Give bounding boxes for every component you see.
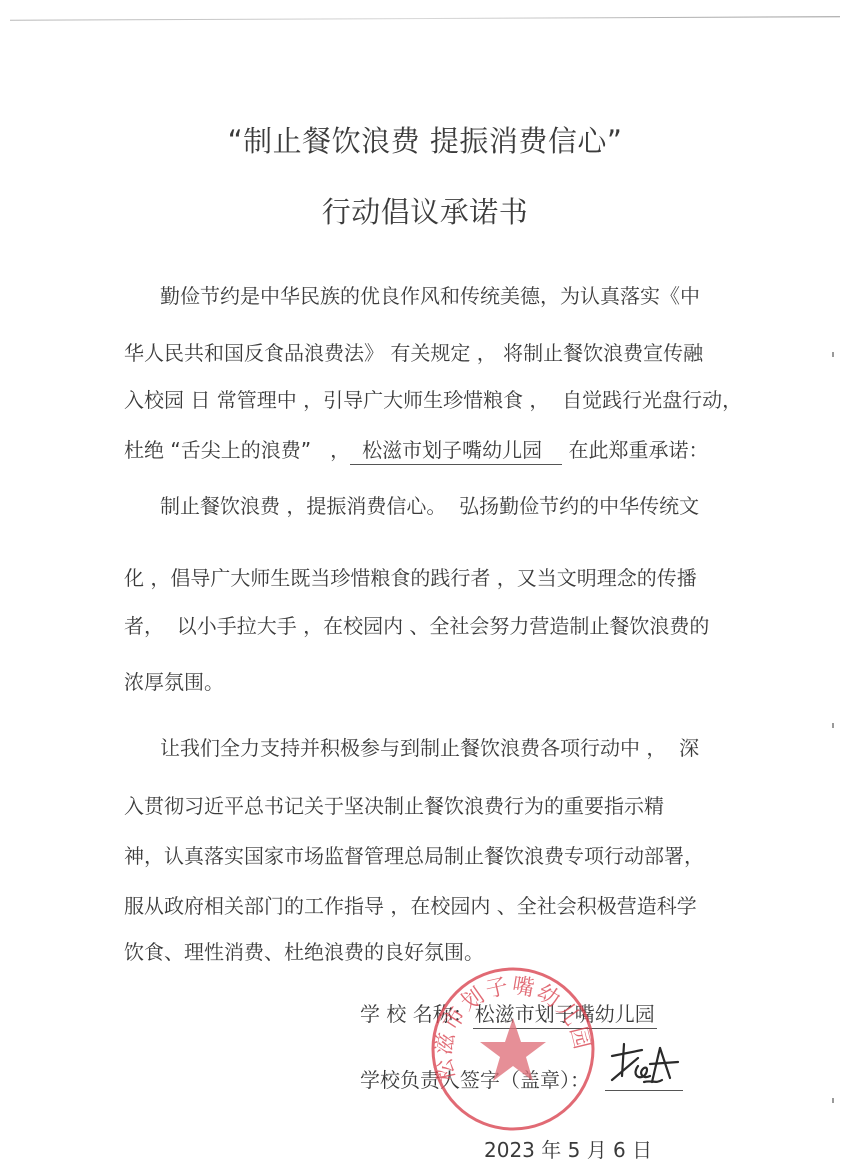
paragraph-3-line-4: 服从政府相关部门的工作指导 ，在校园内 、全社会积极营造科学	[124, 894, 697, 918]
paragraph-2-line-3: 者， 以小手拉大手 ，在校园内 、全社会努力营造制止餐饮浪费的	[124, 614, 709, 638]
paragraph-2-line-2: 化 ，倡导广大师生既当珍惜粮食的践行者 ，又当文明理念的传播	[124, 566, 697, 590]
paragraph-3-line-1: 让我们全力支持并积极参与到制止餐饮浪费各项行动中 ， 深	[160, 736, 699, 760]
scan-speck	[832, 352, 834, 357]
school-name-value: 松滋市划子嘴幼儿园	[473, 1002, 657, 1029]
paragraph-2-line-4: 浓厚氛围。	[124, 670, 224, 694]
paragraph-1-line-1: 勤俭节约是中华民族的优良作风和传统美德，为认真落实《中	[160, 284, 700, 308]
commitment-prefix: 杜绝 “舌尖上的浪费” ，	[124, 438, 350, 462]
scan-speck	[832, 1098, 834, 1103]
document-subtitle: 行动倡议承诺书	[0, 190, 850, 231]
scanned-page-edge	[10, 16, 840, 21]
official-seal-stamp: 松滋市划子嘴幼儿园	[428, 966, 598, 1132]
school-name-fill-in: 松滋市划子嘴幼儿园	[350, 438, 562, 465]
paragraph-3-line-3: 神，认真落实国家市场监督管理总局制止餐饮浪费专项行动部署，	[124, 844, 704, 868]
paragraph-3-line-5: 饮食、理性消费、杜绝浪费的良好氛围。	[124, 940, 484, 964]
scan-speck	[832, 723, 834, 728]
paragraph-1-line-4: 杜绝 “舌尖上的浪费” ，松滋市划子嘴幼儿园 在此郑重承诺：	[124, 438, 709, 462]
signing-date: 2023 年 5 月 6 日	[484, 1138, 652, 1162]
school-name-label: 学 校 名称：	[360, 1002, 473, 1026]
handwritten-signature	[608, 1036, 688, 1092]
paragraph-2-line-1: 制止餐饮浪费 ，提振消费信心。 弘扬勤俭节约的中华传统文	[160, 494, 699, 518]
paragraph-1-line-3: 入校园 日 常管理中 ，引导广大师生珍惜粮食 ， 自觉践行光盘行动，	[124, 388, 742, 412]
document-title: “制止餐饮浪费 提振消费信心”	[0, 119, 850, 160]
paragraph-1-line-2: 华人民共和国反食品浪费法》 有关规定 ， 将制止餐饮浪费宣传融	[124, 341, 703, 365]
paragraph-3-line-2: 入贯彻习近平总书记关于坚决制止餐饮浪费行为的重要指示精	[124, 794, 664, 818]
principal-signature-label: 学校负责人签字（盖章）：	[360, 1068, 590, 1092]
school-name-row: 学 校 名称：松滋市划子嘴幼儿园	[360, 1002, 657, 1026]
commitment-suffix: 在此郑重承诺：	[562, 438, 708, 462]
